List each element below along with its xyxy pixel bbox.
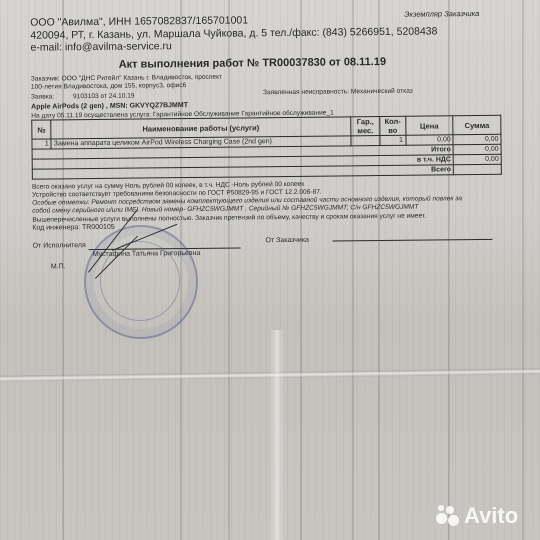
order-value: 9103103 от 24.10.19 [73, 93, 135, 101]
col-price: Цена [405, 116, 453, 135]
avito-watermark: Avito [434, 503, 518, 529]
row-price: 0,00 [406, 135, 454, 145]
device-info: Apple AirPods (2 gen) , MSN: GKVYQZ7BJMM… [31, 102, 188, 111]
copy-label: Экземпляр Заказчика [404, 9, 479, 19]
customer-line-1: Заказчик: ООО "ДНС Ритейл" Казань г. Вла… [31, 74, 222, 83]
company-email: e-mail: info@avilma-service.ru [30, 40, 171, 53]
avito-wordmark: Avito [464, 503, 518, 529]
document-title: Акт выполнения работ № TR00037830 от 08.… [119, 56, 386, 71]
engineer-code: Код инженера: TR000105 [32, 224, 114, 232]
customer-signature-line [333, 239, 493, 242]
col-sum: Сумма [453, 115, 501, 134]
col-number: № [32, 120, 51, 139]
row-warranty [351, 136, 381, 146]
customer-sign-label: От Заказчика [265, 237, 308, 244]
row-sum: 0,00 [453, 134, 501, 144]
total-value: 0,00 [453, 144, 501, 154]
paper-crease [270, 330, 284, 540]
stamp-label: М.П. [51, 263, 66, 270]
order-label: Заявка: [31, 93, 54, 100]
row-qty: 1 [380, 135, 405, 145]
company-stamp-inner [100, 241, 180, 321]
vat-value: 0,00 [453, 154, 501, 164]
col-qty: Кол-во [380, 116, 406, 135]
works-table: № Наименование работы (услуги) Гар., мес… [31, 115, 502, 180]
act-document: Экземпляр Заказчика ООО "Авилма", ИНН 16… [0, 0, 540, 330]
declared-defect: Заявленная неисправность: Механический о… [263, 88, 413, 97]
executor-label: От Исполнителя [33, 242, 86, 250]
company-name: ООО "Авилма", ИНН 1657082837/165701001 [30, 14, 248, 28]
grand-total-value [454, 164, 502, 174]
avito-logo-icon [434, 505, 460, 527]
customer-line-2: 100-летия Владивостока, дом 155, корпус3… [31, 82, 186, 91]
col-warranty: Гар., мес. [350, 117, 380, 136]
row-number: 1 [32, 139, 51, 149]
completion-statement: Вышеперечисленные услуги выполнены полно… [32, 213, 426, 224]
